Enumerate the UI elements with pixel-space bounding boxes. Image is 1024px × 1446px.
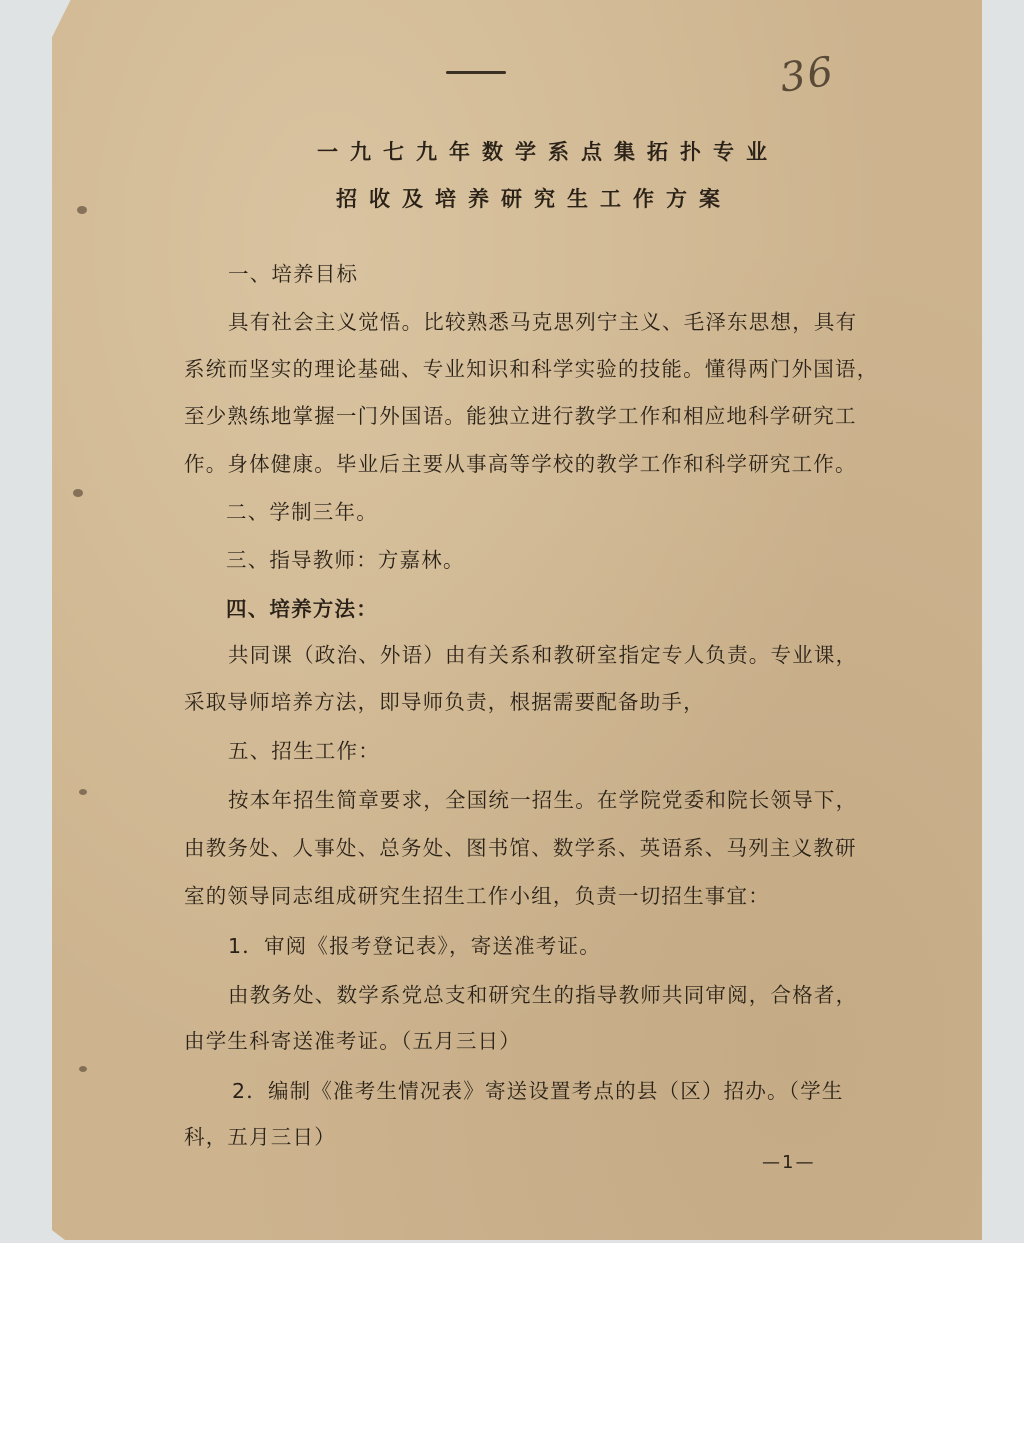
staple-hole-mark [73, 489, 83, 497]
document-title-line-2: 招收及培养研究生工作方案 [0, 183, 1024, 213]
document-title-line-1: 一九七九年数学系点集拓扑专业 [0, 136, 1024, 166]
paragraph-line: 室的领导同志组成研究生招生工作小组，负责一切招生事宜： [184, 879, 770, 909]
paragraph-line: 采取导师培养方法，即导师负责，根据需要配备助手， [184, 685, 705, 715]
list-item-2: 2．编制《准考生情况表》寄送设置考点的县（区）招办。（学生 [232, 1074, 844, 1104]
section-3: 三、指导教师：方嘉林。 [226, 543, 465, 573]
paragraph-line: 按本年招生简章要求，全国统一招生。在学院党委和院长领导下， [228, 783, 857, 813]
page-number: —1— [762, 1152, 815, 1173]
paragraph-line: 作。身体健康。毕业后主要从事高等学校的教学工作和科学研究工作。 [184, 447, 857, 477]
section-5-heading: 五、招生工作： [228, 734, 380, 764]
paragraph-line: 系统而坚实的理论基础、专业知识和科学实验的技能。懂得两门外国语， [184, 352, 878, 382]
paragraph-line: 科，五月三日） [184, 1120, 336, 1150]
paragraph-line: 至少熟练地掌握一门外国语。能独立进行教学工作和相应地科学研究工 [184, 399, 857, 429]
section-2: 二、学制三年。 [226, 495, 378, 525]
section-1-heading: 一、培养目标 [228, 257, 358, 287]
staple-hole-mark [79, 789, 87, 795]
section-4-heading: 四、培养方法： [226, 592, 378, 622]
top-dash-mark [446, 71, 506, 74]
list-item-1: 1．审阅《报考登记表》，寄送准考证。 [228, 929, 601, 959]
paragraph-line: 由教务处、数学系党总支和研究生的指导教师共同审阅，合格者， [228, 978, 857, 1008]
paragraph-line: 共同课（政治、外语）由有关系和教研室指定专人负责。专业课， [228, 638, 857, 668]
staple-hole-mark [79, 1066, 87, 1072]
paragraph-line: 由教务处、人事处、总务处、图书馆、数学系、英语系、马列主义教研 [184, 831, 857, 861]
handwritten-archive-number: 36 [777, 48, 838, 101]
paragraph-line: 由学生科寄送准考证。（五月三日） [184, 1024, 521, 1054]
paragraph-line: 具有社会主义觉悟。比较熟悉马克思列宁主义、毛泽东思想，具有 [228, 305, 857, 335]
